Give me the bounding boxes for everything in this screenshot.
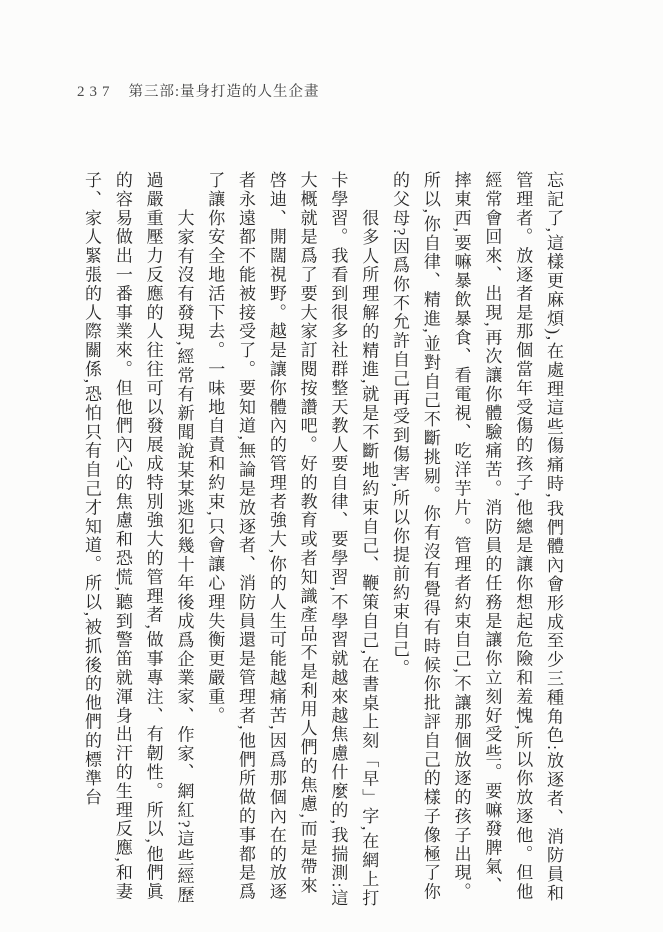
page-number: 237: [77, 84, 115, 101]
section-title: 第三部:量身打造的人生企畫: [129, 80, 320, 101]
paragraph-3: 大家有沒有發現,經常有新聞說某某逃犯幾十年後成爲企業家、作家、網紅?這些經歷過嚴…: [75, 171, 198, 910]
page-header: 237 第三部:量身打造的人生企畫: [77, 80, 320, 101]
paragraph-2: 很多人所理解的精進,就是不斷地約束自己、鞭策自己,在書桌上刻「早」字,在網上打卡…: [198, 171, 383, 910]
book-page: 237 第三部:量身打造的人生企畫 忘記了,這樣更麻煩),在處理這些傷痛時,我們…: [0, 0, 663, 932]
body-text: 忘記了,這樣更麻煩),在處理這些傷痛時,我們體內會形成至少三種角色:放逐者、消防…: [75, 171, 568, 910]
paragraph-1: 忘記了,這樣更麻煩),在處理這些傷痛時,我們體內會形成至少三種角色:放逐者、消防…: [383, 171, 568, 910]
